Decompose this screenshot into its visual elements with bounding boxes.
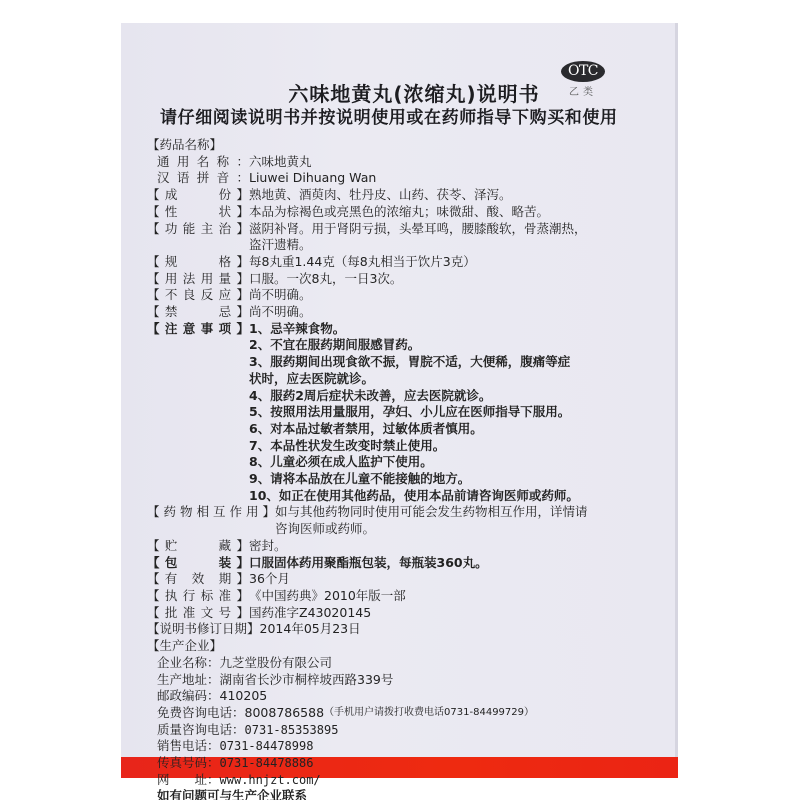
precaution-item: 3、服药期间出现食欲不振，胃脘不适，大便稀，腹痛等症: [147, 354, 647, 371]
leaflet-content: 【药品名称】 通用名称： 六味地黄丸 汉语拼音： Liuwei Dihuang …: [147, 137, 647, 800]
free-hotline-row: 免费咨询电话： 8008786588 （手机用户请拨打收费电话0731-8449…: [147, 705, 647, 722]
pinyin-row: 汉语拼音： Liuwei Dihuang Wan: [147, 170, 647, 187]
section-package: 【包 装】 口服固体药用聚酯瓶包装，每瓶装360丸。: [147, 555, 647, 572]
precaution-item: 10、如正在使用其他药品，使用本品前请咨询医师或药师。: [147, 488, 647, 505]
sales-phone-row: 销售电话： 0731-84478998: [147, 738, 647, 755]
section-approval-number: 【批准文号】 国药准字Z43020145: [147, 605, 647, 622]
mobile-hotline-note: （手机用户请拨打收费电话0731-84499729）: [324, 705, 534, 722]
postal-code-row: 邮政编码： 410205: [147, 688, 647, 705]
section-dosage: 【用法用量】 口服。一次8丸，一日3次。: [147, 271, 647, 288]
section-revision-date: 【说明书修订日期】 2014年05月23日: [147, 621, 647, 638]
section-ingredients: 【成 份】 熟地黄、酒萸肉、牡丹皮、山药、茯苓、泽泻。: [147, 187, 647, 204]
manufacturer-address-row: 生产地址： 湖南省长沙市桐梓坡西路339号: [147, 672, 647, 689]
section-precautions: 【注意事项】 1、忌辛辣食物。: [147, 321, 647, 338]
section-drug-name: 【药品名称】: [147, 137, 647, 154]
precaution-item: 4、服药2周后症状未改善，应去医院就诊。: [147, 388, 647, 405]
quality-hotline-row: 质量咨询电话： 0731-85353895: [147, 722, 647, 739]
precaution-item: 5、按照用法用量服用，孕妇、小儿应在医师指导下服用。: [147, 404, 647, 421]
generic-name-row: 通用名称： 六味地黄丸: [147, 154, 647, 171]
section-standard: 【执行标准】 《中国药典》2010年版一部: [147, 588, 647, 605]
section-manufacturer: 【生产企业】: [147, 638, 647, 655]
precaution-item: 1、忌辛辣食物。: [249, 321, 647, 338]
free-hotline-number: 8008786588: [245, 705, 325, 722]
fax-row: 传真号码： 0731-84478886: [147, 755, 647, 772]
website-link[interactable]: www.hnjzt.com/: [220, 772, 321, 789]
precaution-item: 9、请将本品放在儿童不能接触的地方。: [147, 471, 647, 488]
manufacturer-name-row: 企业名称： 九芝堂股份有限公司: [147, 655, 647, 672]
precaution-item: 8、儿童必须在成人监护下使用。: [147, 454, 647, 471]
section-contraindications: 【禁 忌】 尚不明确。: [147, 304, 647, 321]
section-validity: 【有 效 期】 36个月: [147, 571, 647, 588]
section-specification: 【规 格】 每8丸重1.44克（每8丸相当于饮片3克）: [147, 254, 647, 271]
section-adverse-reactions: 【不良反应】 尚不明确。: [147, 287, 647, 304]
precaution-item: 6、对本品过敏者禁用，过敏体质者慎用。: [147, 421, 647, 438]
precaution-item-continued: 状时，应去医院就诊。: [147, 371, 647, 388]
precaution-item: 7、本品性状发生改变时禁止使用。: [147, 438, 647, 455]
indications-continued: 盗汗遗精。: [147, 237, 647, 254]
section-character: 【性 状】 本品为棕褐色或亮黑色的浓缩丸；味微甜、酸、略苦。: [147, 204, 647, 221]
reading-advice: 请仔细阅读说明书并按说明使用或在药师指导下购买和使用: [160, 103, 660, 128]
section-storage: 【贮 藏】 密封。: [147, 538, 647, 555]
contact-footer: 如有问题可与生产企业联系: [147, 788, 647, 800]
interactions-continued: 咨询医师或药师。: [147, 521, 647, 538]
precaution-item: 2、不宜在服药期间服感冒药。: [147, 337, 647, 354]
website-row: 网 址： www.hnjzt.com/: [147, 772, 647, 789]
section-indications: 【功能主治】 滋阴补肾。用于肾阴亏损，头晕耳鸣，腰膝酸软，骨蒸潮热，: [147, 221, 647, 238]
section-interactions: 【药物相互作用】 如与其他药物同时使用可能会发生药物相互作用，详情请: [147, 504, 647, 521]
